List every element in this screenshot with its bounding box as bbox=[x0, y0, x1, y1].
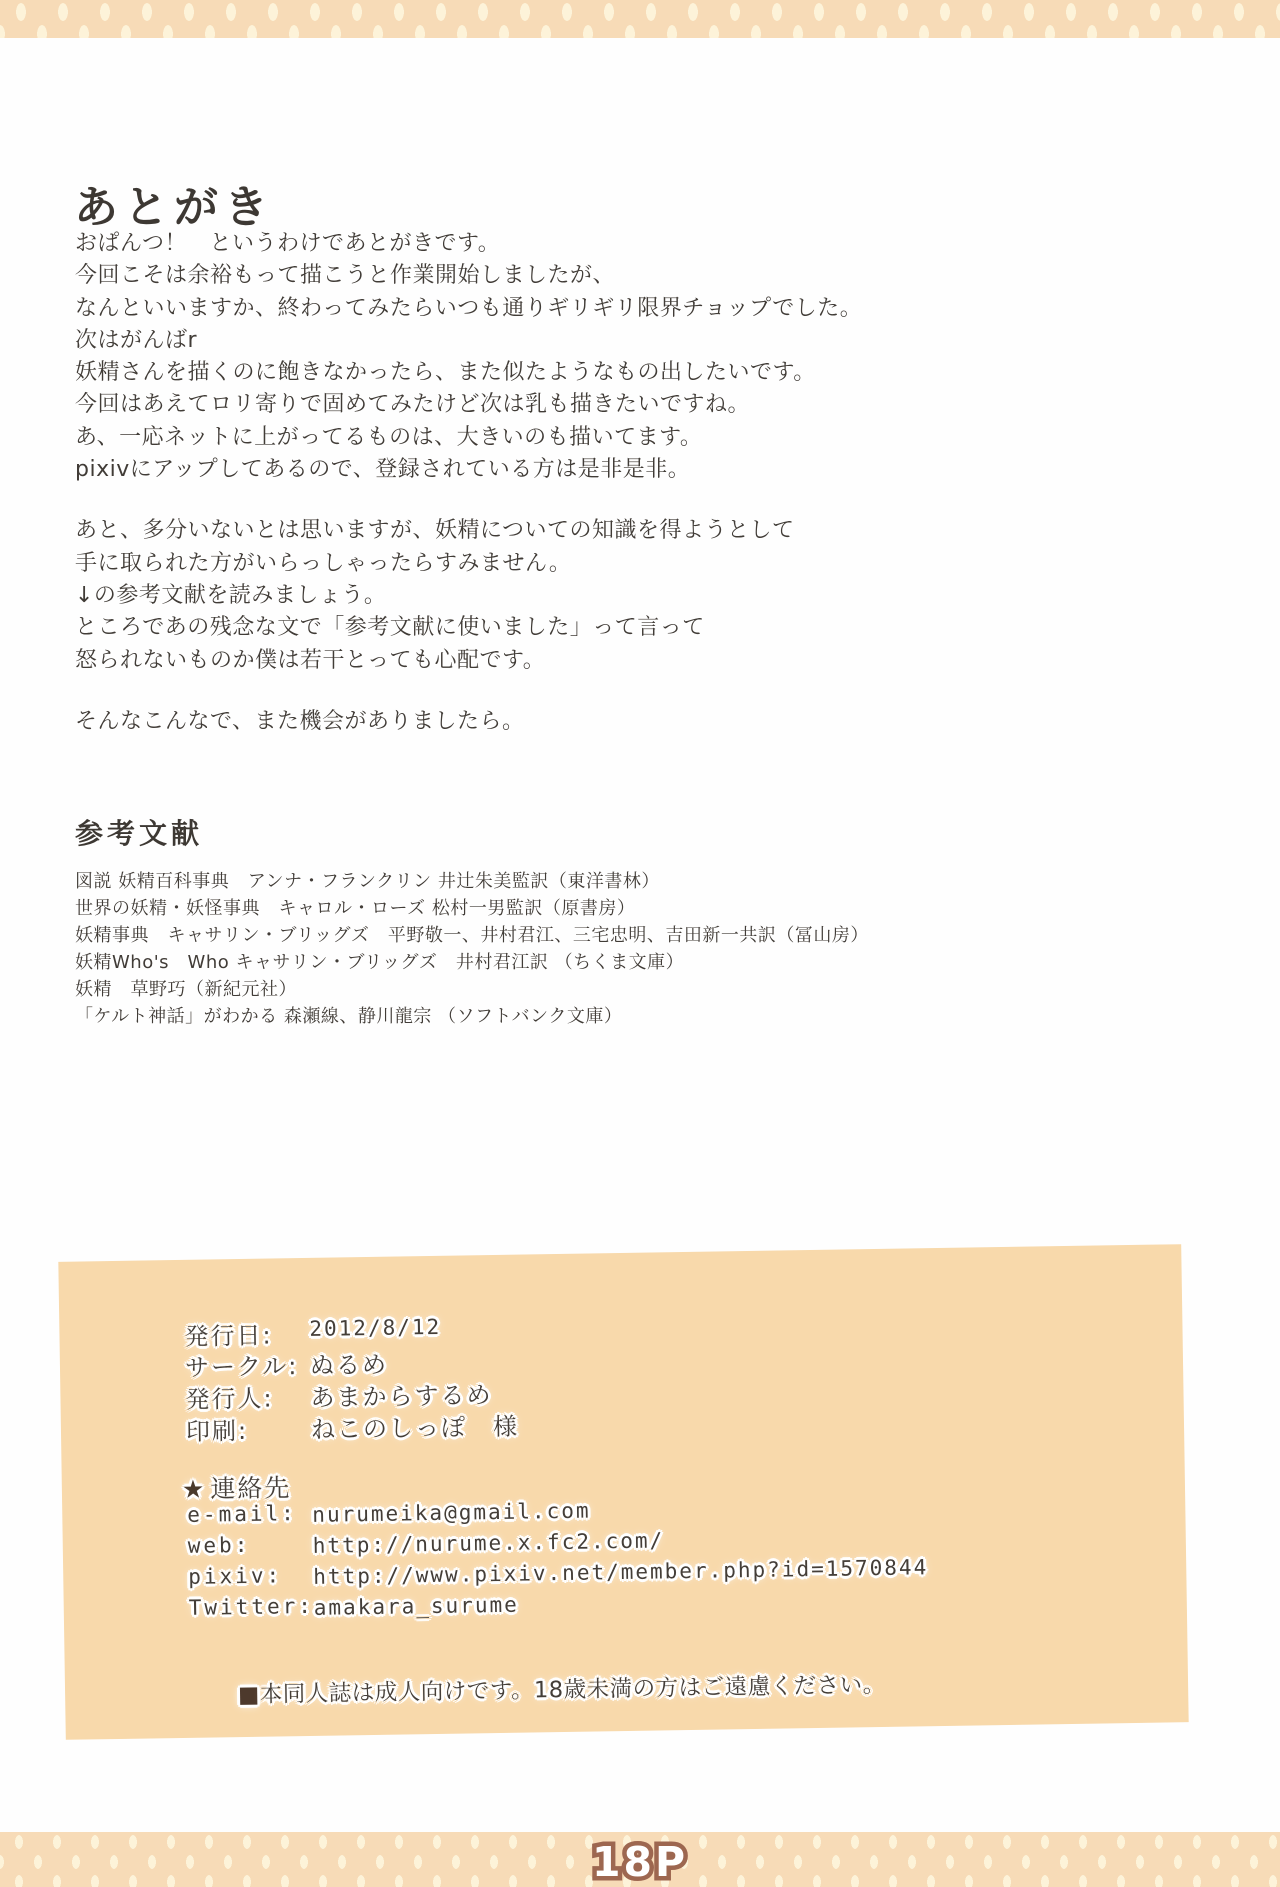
references-section: 参考文献 図説 妖精百科事典 アンナ・フランクリン 井辻朱美監訳（東洋書林） 世… bbox=[75, 812, 1205, 1030]
afterword-paragraph: あと、多分いないとは思いますが、妖精についての知識を得ようとして 手に取られた方… bbox=[75, 515, 1205, 676]
reference-item: 図説 妖精百科事典 アンナ・フランクリン 井辻朱美監訳（東洋書林） bbox=[75, 868, 1205, 895]
afterword-line: あ、一応ネットに上がってるものは、大きいのも描いてます。 bbox=[75, 422, 1205, 454]
afterword-line: おぱんつ！ というわけであとがきです。 bbox=[75, 228, 1205, 260]
email-value: nurumeika@gmail.com bbox=[312, 1499, 591, 1527]
pixiv-label: pixiv: bbox=[188, 1563, 282, 1588]
afterword-line: 妖精さんを描くのに飽きなかったら、また似たようなもの出したいです。 bbox=[75, 357, 1205, 389]
adult-notice: ■本同人誌は成人向けです。18歳未満の方はご遠慮ください。 bbox=[191, 1641, 886, 1736]
email-label: e-mail: bbox=[187, 1501, 297, 1527]
web-value: http://nurume.x.fc2.com/ bbox=[313, 1528, 665, 1558]
afterword-line: あと、多分いないとは思いますが、妖精についての知識を得ようとして bbox=[75, 515, 1205, 547]
afterword-body: おぱんつ！ というわけであとがきです。 今回こそは余裕もって描こうと作業開始しま… bbox=[75, 228, 1205, 767]
star-icon: ★ bbox=[182, 1475, 207, 1504]
references-heading: 参考文献 bbox=[75, 812, 1205, 852]
afterword-paragraph: そんなこんなで、また機会がありましたら。 bbox=[75, 706, 1205, 738]
afterword-line: pixivにアップしてあるので、登録されている方は是非是非。 bbox=[75, 454, 1205, 486]
square-bullet-icon: ■ bbox=[238, 1682, 260, 1708]
contact-heading: ★連絡先 bbox=[182, 1468, 292, 1506]
page-number-text: 18P bbox=[592, 1838, 688, 1886]
afterword-line: 怒られないものか僕は若干とっても心配です。 bbox=[75, 645, 1205, 677]
afterword-heading: あとがき bbox=[74, 184, 274, 232]
publisher-label: 発行人: bbox=[185, 1378, 274, 1414]
twitter-value: amakara_surume bbox=[314, 1593, 519, 1620]
doujinshi-afterword-page: あとがき おぱんつ！ というわけであとがきです。 今回こそは余裕もって描こうと作… bbox=[0, 0, 1280, 1887]
afterword-line: ↓の参考文献を読みましょう。 bbox=[75, 580, 1205, 612]
reference-item: 世界の妖精・妖怪事典 キャロル・ローズ 松村一男監訳（原書房） bbox=[75, 895, 1205, 922]
contact-heading-label: 連絡先 bbox=[210, 1473, 291, 1503]
reference-item: 妖精 草野巧（新紀元社） bbox=[75, 976, 1205, 1003]
afterword-line: 次はがんばr bbox=[75, 325, 1205, 357]
reference-item: 妖精事典 キャサリン・ブリッグズ 平野敬一、井村君江、三宅忠明、吉田新一共訳（冨… bbox=[75, 922, 1205, 949]
afterword-line: 手に取られた方がいらっしゃったらすみません。 bbox=[75, 548, 1205, 580]
afterword-line: 今回はあえてロリ寄りで固めてみたけど次は乳も描きたいですね。 bbox=[75, 389, 1205, 421]
reference-item: 「ケルト神話」がわかる 森瀬線、静川龍宗 （ソフトバンク文庫） bbox=[75, 1003, 1205, 1030]
afterword-paragraph: おぱんつ！ というわけであとがきです。 今回こそは余裕もって描こうと作業開始しま… bbox=[75, 228, 1205, 486]
top-border-polkadot-pattern bbox=[0, 0, 1280, 38]
colophon-box: 発行日: 2012/8/12 サークル: ぬるめ 発行人: あまからするめ 印刷… bbox=[58, 1244, 1188, 1740]
afterword-line: なんといいますか、終わってみたらいつも通りギリギリ限界チョップでした。 bbox=[75, 293, 1205, 325]
adult-notice-text: 本同人誌は成人向けです。18歳未満の方はご遠慮ください。 bbox=[260, 1672, 886, 1708]
afterword-line: 今回こそは余裕もって描こうと作業開始しましたが、 bbox=[75, 260, 1205, 292]
afterword-line: ところであの残念な文で「参考文献に使いました」って言って bbox=[75, 612, 1205, 644]
web-label: web: bbox=[188, 1533, 251, 1558]
afterword-line: そんなこんなで、また機会がありましたら。 bbox=[75, 706, 1205, 738]
reference-item: 妖精Who's Who キャサリン・ブリッグズ 井村君江訳 （ちくま文庫） bbox=[75, 949, 1205, 976]
page-number: 18P 18P bbox=[0, 1838, 1280, 1887]
printer-value: ねこのしっぽ 様 bbox=[311, 1407, 520, 1445]
publish-date-value: 2012/8/12 bbox=[309, 1315, 441, 1341]
twitter-label: Twitter: bbox=[189, 1594, 315, 1620]
circle-value: ぬるめ bbox=[310, 1345, 389, 1381]
printer-label: 印刷: bbox=[186, 1411, 249, 1447]
